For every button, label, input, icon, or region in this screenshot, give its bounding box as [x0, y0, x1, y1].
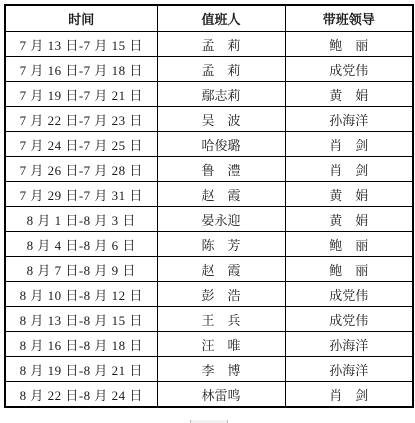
cell-person: 陈 芳 [157, 232, 285, 257]
cell-time: 7 月 19 日-7 月 21 日 [5, 82, 157, 107]
cell-leader: 黄 娟 [285, 82, 413, 107]
cell-leader: 黄 娟 [285, 207, 413, 232]
cell-leader: 成党伟 [285, 282, 413, 307]
cell-person: 孟 莉 [157, 32, 285, 57]
table-row: 7 月 26 日-7 月 28 日 鲁 澧 肖 剑 [5, 157, 413, 182]
cell-person: 赵 霞 [157, 182, 285, 207]
cell-time: 8 月 16 日-8 月 18 日 [5, 332, 157, 357]
table-row: 8 月 13 日-8 月 15 日 王 兵 成党伟 [5, 307, 413, 332]
cell-leader: 孙海洋 [285, 332, 413, 357]
table-row: 8 月 16 日-8 月 18 日 汪 唯 孙海洋 [5, 332, 413, 357]
cell-leader: 鲍 丽 [285, 32, 413, 57]
table-row: 7 月 16 日-7 月 18 日 孟 莉 成党伟 [5, 57, 413, 82]
cell-person: 晏永迎 [157, 207, 285, 232]
cell-leader: 肖 剑 [285, 132, 413, 157]
cell-person: 鲁 澧 [157, 157, 285, 182]
table-row: 7 月 13 日-7 月 15 日 孟 莉 鲍 丽 [5, 32, 413, 57]
table-row: 7 月 19 日-7 月 21 日 鄢志莉 黄 娟 [5, 82, 413, 107]
cell-person: 鄢志莉 [157, 82, 285, 107]
table-row: 8 月 7 日-8 月 9 日 赵 霞 鲍 丽 [5, 257, 413, 282]
duty-schedule-page: 时间 值班人 带班领导 7 月 13 日-7 月 15 日 孟 莉 鲍 丽 7 … [0, 0, 415, 423]
cell-person: 王 兵 [157, 307, 285, 332]
table-header: 时间 值班人 带班领导 [5, 5, 413, 32]
cell-time: 7 月 22 日-7 月 23 日 [5, 107, 157, 132]
table-row: 8 月 10 日-8 月 12 日 彭 浩 成党伟 [5, 282, 413, 307]
cell-leader: 成党伟 [285, 57, 413, 82]
duty-schedule-table: 时间 值班人 带班领导 7 月 13 日-7 月 15 日 孟 莉 鲍 丽 7 … [4, 4, 414, 408]
cell-time: 7 月 13 日-7 月 15 日 [5, 32, 157, 57]
table-body: 7 月 13 日-7 月 15 日 孟 莉 鲍 丽 7 月 16 日-7 月 1… [5, 32, 413, 408]
table-row: 7 月 22 日-7 月 23 日 吴 波 孙海洋 [5, 107, 413, 132]
cell-time: 8 月 10 日-8 月 12 日 [5, 282, 157, 307]
cell-time: 8 月 19 日-8 月 21 日 [5, 357, 157, 382]
cell-leader: 孙海洋 [285, 357, 413, 382]
cell-person: 李 博 [157, 357, 285, 382]
table-row: 8 月 19 日-8 月 21 日 李 博 孙海洋 [5, 357, 413, 382]
column-header-time: 时间 [5, 5, 157, 32]
cell-time: 7 月 29 日-7 月 31 日 [5, 182, 157, 207]
table-row: 7 月 29 日-7 月 31 日 赵 霞 黄 娟 [5, 182, 413, 207]
cell-leader: 鲍 丽 [285, 232, 413, 257]
cell-time: 7 月 16 日-7 月 18 日 [5, 57, 157, 82]
cell-leader: 黄 娟 [285, 182, 413, 207]
cell-person: 汪 唯 [157, 332, 285, 357]
cell-time: 7 月 26 日-7 月 28 日 [5, 157, 157, 182]
cell-leader: 孙海洋 [285, 107, 413, 132]
column-header-person: 值班人 [157, 5, 285, 32]
cell-time: 8 月 22 日-8 月 24 日 [5, 382, 157, 408]
table-row: 8 月 22 日-8 月 24 日 林雷鸣 肖 剑 [5, 382, 413, 408]
cell-leader: 鲍 丽 [285, 257, 413, 282]
cell-time: 7 月 24 日-7 月 25 日 [5, 132, 157, 157]
column-header-leader: 带班领导 [285, 5, 413, 32]
cell-time: 8 月 4 日-8 月 6 日 [5, 232, 157, 257]
table-row: 8 月 1 日-8 月 3 日 晏永迎 黄 娟 [5, 207, 413, 232]
cell-time: 8 月 1 日-8 月 3 日 [5, 207, 157, 232]
cell-leader: 肖 剑 [285, 382, 413, 408]
table-row: 8 月 4 日-8 月 6 日 陈 芳 鲍 丽 [5, 232, 413, 257]
cell-person: 孟 莉 [157, 57, 285, 82]
header-row: 时间 值班人 带班领导 [5, 5, 413, 32]
cell-time: 8 月 7 日-8 月 9 日 [5, 257, 157, 282]
cell-person: 哈俊璐 [157, 132, 285, 157]
cell-leader: 成党伟 [285, 307, 413, 332]
cell-time: 8 月 13 日-8 月 15 日 [5, 307, 157, 332]
cell-person: 林雷鸣 [157, 382, 285, 408]
table-row: 7 月 24 日-7 月 25 日 哈俊璐 肖 剑 [5, 132, 413, 157]
cell-leader: 肖 剑 [285, 157, 413, 182]
cell-person: 吴 波 [157, 107, 285, 132]
cell-person: 彭 浩 [157, 282, 285, 307]
cell-person: 赵 霞 [157, 257, 285, 282]
